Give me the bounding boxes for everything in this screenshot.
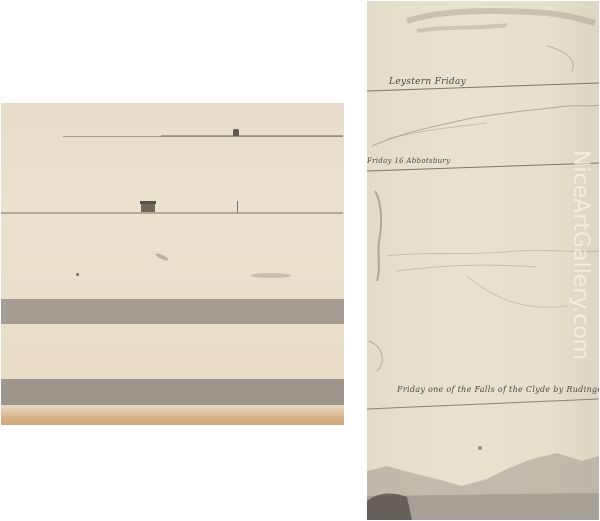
house-roof [140,201,156,204]
watermark-text: NiceArtGallery.com [553,150,593,360]
horizon-line-middle [1,212,343,214]
wash-band-upper [1,299,344,324]
tower-shape [233,129,239,136]
paper-dot [76,273,79,276]
water-stain-edge [1,405,344,425]
caption-abbotsbury: Friday 16 Abbotsbury [367,157,450,165]
caption-leystern: Leystern Friday [389,77,466,87]
landmass-top [161,135,343,137]
mast-shape [237,201,238,213]
paper-mark [155,252,169,262]
caption-falls-of-clyde: Friday one of the Falls of the Clyde by … [397,385,599,394]
left-sketch-sheet [1,103,344,425]
wash-band-lower [1,379,344,405]
paper-smudge [251,273,291,278]
house-shape [141,203,155,212]
